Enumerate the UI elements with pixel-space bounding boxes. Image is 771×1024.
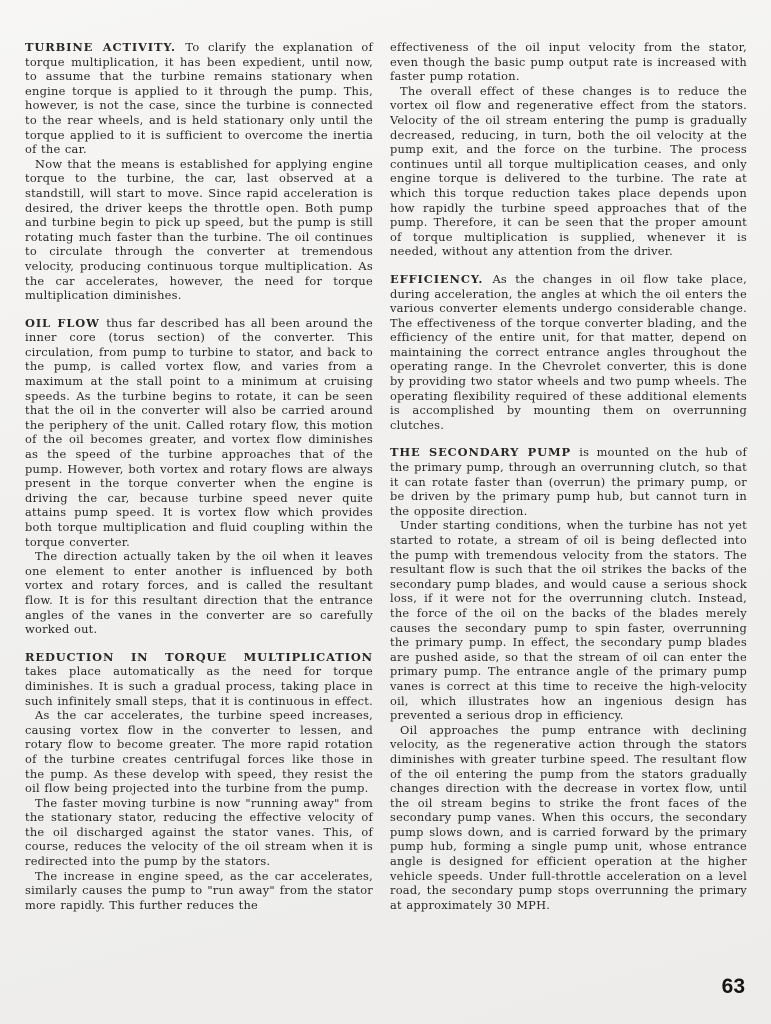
document-page: TURBINE ACTIVITY. To clarify the explana… (0, 0, 771, 1024)
section-heading: TURBINE ACTIVITY. (25, 40, 185, 54)
body-paragraph: Oil approaches the pump entrance with de… (390, 723, 747, 913)
section-paragraph: TURBINE ACTIVITY. To clarify the explana… (25, 40, 373, 157)
body-paragraph: The overall effect of these changes is t… (390, 84, 747, 259)
section-heading: OIL FLOW (25, 316, 106, 330)
section-heading: REDUCTION IN TORQUE MULTIPLICATION (25, 650, 373, 664)
section-paragraph: THE SECONDARY PUMP is mounted on the hub… (390, 445, 747, 518)
right-column: effectiveness of the oil input velocity … (390, 40, 747, 912)
section-paragraph: REDUCTION IN TORQUE MULTIPLICATION takes… (25, 650, 373, 708)
section-paragraph: OIL FLOW thus far described has all been… (25, 316, 373, 550)
section-heading: THE SECONDARY PUMP (390, 445, 579, 459)
page-number: 63 (722, 976, 745, 997)
body-paragraph: The direction actually taken by the oil … (25, 549, 373, 637)
left-column: TURBINE ACTIVITY. To clarify the explana… (25, 40, 373, 912)
text-columns: TURBINE ACTIVITY. To clarify the explana… (25, 40, 747, 912)
body-paragraph: Under starting conditions, when the turb… (390, 518, 747, 722)
body-paragraph: The increase in engine speed, as the car… (25, 869, 373, 913)
body-paragraph: effectiveness of the oil input velocity … (390, 40, 747, 84)
body-paragraph: Now that the means is established for ap… (25, 157, 373, 303)
body-paragraph: As the car accelerates, the turbine spee… (25, 708, 373, 796)
section-heading: EFFICIENCY. (390, 272, 492, 286)
body-paragraph: The faster moving turbine is now "runnin… (25, 796, 373, 869)
section-paragraph: EFFICIENCY. As the changes in oil flow t… (390, 272, 747, 433)
